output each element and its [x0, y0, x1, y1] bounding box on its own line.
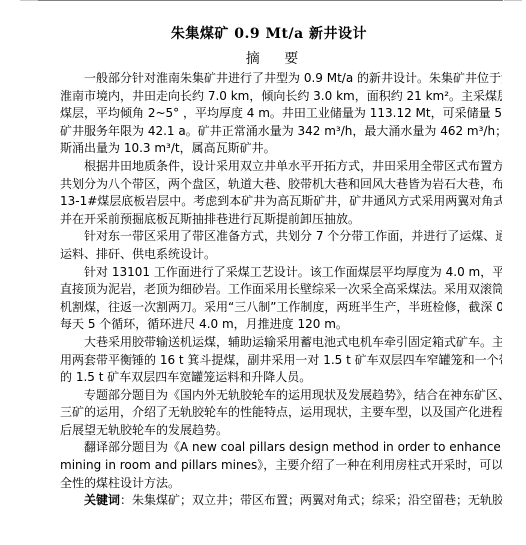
text-line: 全性的煤柱设计方法。	[36, 475, 502, 493]
paragraph-mining-technology: 针对 13101 工作面进行了采煤工艺设计。该工作面煤层平均厚度为 4.0 m，…	[36, 264, 502, 334]
paragraph-translation: 翻译部分题目为《A new coal pillars design method…	[36, 439, 502, 492]
paragraph-general-design: 一般部分针对淮南朱集矿井进行了井型为 0.9 Mt/a 的新井设计。朱集矿井位于…	[36, 70, 502, 158]
keywords-label: 关键词	[84, 493, 120, 507]
keywords-separator: ：	[120, 493, 132, 507]
abstract-body: 一般部分针对淮南朱集矿井进行了井型为 0.9 Mt/a 的新井设计。朱集矿井位于…	[36, 70, 502, 510]
text-line: 后展望无轨胶轮车的发展趋势。	[36, 422, 502, 440]
paragraph-special-topic: 专题部分题目为《国内外无轨胶轮车的运用现状及发展趋势》，结合在神东矿区、济 三矿…	[36, 387, 502, 440]
page-top-border	[38, 0, 503, 1]
paragraph-development-layout: 根据井田地质条件，设计采用双立井单水平开拓方式，井田采用全带区式布置方式， 共划…	[36, 158, 502, 228]
text-line: 每天 5 个循环，循环进尺 4.0 m，月推进度 120 m。	[36, 316, 502, 334]
paragraph-transportation: 大巷采用胶带输送机运煤，辅助运输采用蓄电池式电机车牵引固定箱式矿车。主井采 用两…	[36, 334, 502, 387]
text-line: 翻译部分题目为《A new coal pillars design method…	[36, 439, 502, 457]
text-line: 专题部分题目为《国内外无轨胶轮车的运用现状及发展趋势》，结合在神东矿区、济	[36, 387, 502, 405]
text-line: 针对东一带区采用了带区准备方式，共划分 7 个分带工作面，并进行了运煤、通风、	[36, 228, 502, 246]
text-line: 一般部分针对淮南朱集矿井进行了井型为 0.9 Mt/a 的新井设计。朱集矿井位于…	[36, 70, 502, 88]
text-line: 煤层，平均倾角 2~5° ，平均厚度 4 m。井田工业储量为 113.12 Mt…	[36, 105, 502, 123]
keywords: 关键词：朱集煤矿；双立井；带区布置；两翼对角式；综采；沿空留巷；无轨胶轮车	[36, 492, 502, 510]
text-line: 用两套带平衡锤的 16 t 箕斗提煤，副井采用一对 1.5 t 矿车双层四车窄罐…	[36, 352, 502, 370]
text-line: 直接顶为泥岩，老顶为细砂岩。工作面采用长壁综采一次采全高采煤法。采用双滚筒采煤	[36, 281, 502, 299]
text-line: 并在开采前预掘底板瓦斯抽排巷进行瓦斯提前卸压抽放。	[36, 211, 502, 229]
text-line: 针对 13101 工作面进行了采煤工艺设计。该工作面煤层平均厚度为 4.0 m，…	[36, 264, 502, 282]
page-corner-mark-left	[20, 0, 38, 1]
text-line: 共划分为八个带区，两个盘区，轨道大巷、胶带机大巷和回风大巷皆为岩石大巷，布置在	[36, 176, 502, 194]
abstract-heading: 摘 要	[36, 50, 510, 68]
text-line: 斯涌出量为 10.3 m³/t，属高瓦斯矿井。	[36, 140, 502, 158]
keywords-line: 关键词：朱集煤矿；双立井；带区布置；两翼对角式；综采；沿空留巷；无轨胶轮车	[36, 492, 502, 510]
document-title: 朱集煤矿 0.9 Mt/a 新井设计	[36, 25, 502, 43]
text-line: 机割煤，往返一次割两刀。采用“三八制”工作制度，两班半生产，半班检修，截深 0.…	[36, 299, 502, 317]
text-line: 矿井服务年限为 42.1 a。矿井正常涌水量为 342 m³/h，最大涌水量为 …	[36, 123, 502, 141]
text-line: 大巷采用胶带输送机运煤，辅助运输采用蓄电池式电机车牵引固定箱式矿车。主井采	[36, 334, 502, 352]
text-line: 三矿的运用，介绍了无轨胶轮车的性能特点，运用现状，主要车型，以及国产化进程，最	[36, 404, 502, 422]
paragraph-panel-preparation: 针对东一带区采用了带区准备方式，共划分 7 个分带工作面，并进行了运煤、通风、 …	[36, 228, 502, 263]
text-line: mining in room and pillars mines》，主要介绍了一…	[36, 457, 502, 475]
page-corner-mark-right	[504, 0, 522, 1]
text-line: 根据井田地质条件，设计采用双立井单水平开拓方式，井田采用全带区式布置方式，	[36, 158, 502, 176]
text-line: 13-1#煤层底板岩层中。考虑到本矿井为高瓦斯矿井，矿井通风方式采用两翼对角式通…	[36, 193, 502, 211]
keywords-text: 朱集煤矿；双立井；带区布置；两翼对角式；综采；沿空留巷；无轨胶轮车	[132, 493, 502, 507]
text-line: 的 1.5 t 矿车双层四车宽罐笼运料和升降人员。	[36, 369, 502, 387]
text-line: 淮南市境内，井田走向长约 7.0 km，倾向长约 3.0 km，面积约 21 k…	[36, 88, 502, 106]
text-line: 运料、排矸、供电系统设计。	[36, 246, 502, 264]
